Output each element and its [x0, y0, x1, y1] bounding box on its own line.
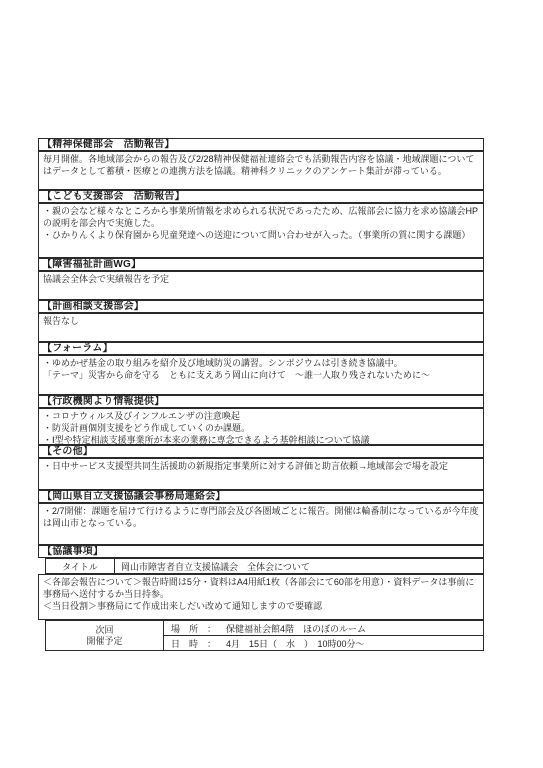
next-meeting-place-row: 場 所 ： 保健福祉会館4階 ほのぼのルーム [164, 621, 483, 636]
agenda-note-line: ＜当日役割＞事務局にて作成出来しだい改めて通知しますので要確認 [43, 600, 479, 612]
report-line: ・親の会など様々なところから事業所情報を求められる状況であったため、広報部会に協… [43, 205, 479, 229]
section-body-okayama-ken-renrakukai: ・2/7開催：課題を届けて行けるように専門部会及び各圏域ごとに報告。開催は輪番制… [38, 503, 484, 545]
report-line: ・Ⅰ型や特定相談支援事業所が本来の業務に専念できるよう基幹相談について協議 [43, 434, 479, 445]
report-line: ・ひかりんくより保育園から児童発達への送迎について問い合わせが入った。（事業所の… [43, 229, 479, 241]
report-line: 協議会全体会で実績報告を予定 [43, 273, 479, 285]
report-line: 報告なし [43, 315, 479, 327]
next-meeting-table: 次回 開催予定 場 所 ： 保健福祉会館4階 ほのぼのルーム 日 時 ： 4月 … [45, 620, 484, 651]
report-line: ・2/7開催：課題を届けて行けるように専門部会及び各圏域ごとに報告。開催は輪番制… [43, 505, 479, 529]
section-title: 【フォーラム】 [42, 343, 113, 354]
next-meeting-time-row: 日 時 ： 4月 15日（ 水 ） 10時00分～ [164, 636, 483, 650]
section-body-kodomo-shien: ・親の会など様々なところから事業所情報を求められる状況であったため、広報部会に協… [38, 203, 484, 258]
section-body-gyosei-kikan: ・コロナウィルス及びインフルエンザの注意喚起 ・防災計画個別支援をどう作成してい… [38, 408, 484, 445]
report-line: 「テーマ」災害から命を守る ともに支えあう岡山に向けて ～誰一人取り残されないた… [43, 369, 479, 381]
agenda-notes: ＜各部会報告について＞報告時間は5分・資料はA4用紙1枚（各部会にて60部を用意… [38, 574, 484, 620]
meeting-report-table: 【精神保健部会 活動報告】 毎月開催。各地域部会からの報告及び2/28精神保健福… [38, 138, 484, 651]
place-label: 場 所 ： [171, 622, 216, 635]
agenda-title-value: 岡山市障害者自立支援協議会 全体会について [115, 559, 483, 573]
section-body-shogai-fukushi-wg: 協議会全体会で実績報告を予定 [38, 271, 484, 300]
report-line: ・日中サービス支援型共同生活援助の新規指定事業所に対する評価と助言依頼→地域部会… [43, 460, 479, 472]
next-meeting-label-line1: 次回 [95, 625, 113, 636]
section-title: 【こども支援部会 活動報告】 [42, 191, 185, 202]
time-label: 日 時 ： [171, 637, 216, 650]
report-line: ・コロナウィルス及びインフルエンザの注意喚起 [43, 410, 479, 422]
report-line: 毎月開催。各地域部会からの報告及び2/28精神保健福祉連絡会でも活動報告内容を協… [43, 153, 479, 177]
section-title: 【精神保健部会 活動報告】 [42, 139, 175, 150]
agenda-title-label: タイトル [46, 559, 115, 573]
section-title: 【計画相談支援部会】 [42, 301, 144, 312]
section-header-seishin-hoken: 【精神保健部会 活動報告】 [38, 138, 484, 151]
place-value: 保健福祉会館4階 ほのぼのルーム [226, 622, 366, 635]
section-header-sonota: 【その他】 [38, 445, 484, 458]
report-line: ・防災計画個別支援をどう作成していくのか課題。 [43, 422, 479, 434]
section-title: 【岡山県自立支援協議会事務局連絡会】 [42, 491, 226, 502]
section-header-keikaku-sodan: 【計画相談支援部会】 [38, 300, 484, 313]
section-header-shogai-fukushi-wg: 【障害福祉計画WG】 [38, 258, 484, 271]
agenda-title-row: タイトル 岡山市障害者自立支援協議会 全体会について [45, 558, 484, 574]
section-title: 【障害福祉計画WG】 [42, 259, 141, 270]
section-title: 【協議事項】 [42, 546, 103, 557]
section-header-forum: 【フォーラム】 [38, 342, 484, 355]
next-meeting-rows: 場 所 ： 保健福祉会館4階 ほのぼのルーム 日 時 ： 4月 15日（ 水 ）… [164, 621, 483, 650]
next-meeting-label-line2: 開催予定 [86, 636, 122, 647]
section-title: 【その他】 [42, 446, 93, 457]
scanned-page: { "page": { "background": "#ffffff", "te… [0, 0, 543, 768]
time-value: 4月 15日（ 水 ） 10時00分～ [226, 637, 365, 650]
section-header-kyogi-jiko: 【協議事項】 [38, 545, 484, 558]
section-title: 【行政機関より情報提供】 [42, 396, 164, 407]
section-body-sonota: ・日中サービス支援型共同生活援助の新規指定事業所に対する評価と助言依頼→地域部会… [38, 458, 484, 490]
report-line: ・ゆめかぜ基金の取り組みを紹介及び地域防災の講習。シンポジウムは引き続き協議中。 [43, 357, 479, 369]
section-body-keikaku-sodan: 報告なし [38, 313, 484, 342]
section-header-kodomo-shien: 【こども支援部会 活動報告】 [38, 190, 484, 203]
section-body-seishin-hoken: 毎月開催。各地域部会からの報告及び2/28精神保健福祉連絡会でも活動報告内容を協… [38, 151, 484, 190]
agenda-note-line: ＜各部会報告について＞報告時間は5分・資料はA4用紙1枚（各部会にて60部を用意… [43, 576, 479, 600]
section-body-forum: ・ゆめかぜ基金の取り組みを紹介及び地域防災の講習。シンポジウムは引き続き協議中。… [38, 355, 484, 395]
next-meeting-label: 次回 開催予定 [46, 621, 164, 650]
section-header-okayama-ken-renrakukai: 【岡山県自立支援協議会事務局連絡会】 [38, 490, 484, 503]
section-header-gyosei-kikan: 【行政機関より情報提供】 [38, 395, 484, 408]
